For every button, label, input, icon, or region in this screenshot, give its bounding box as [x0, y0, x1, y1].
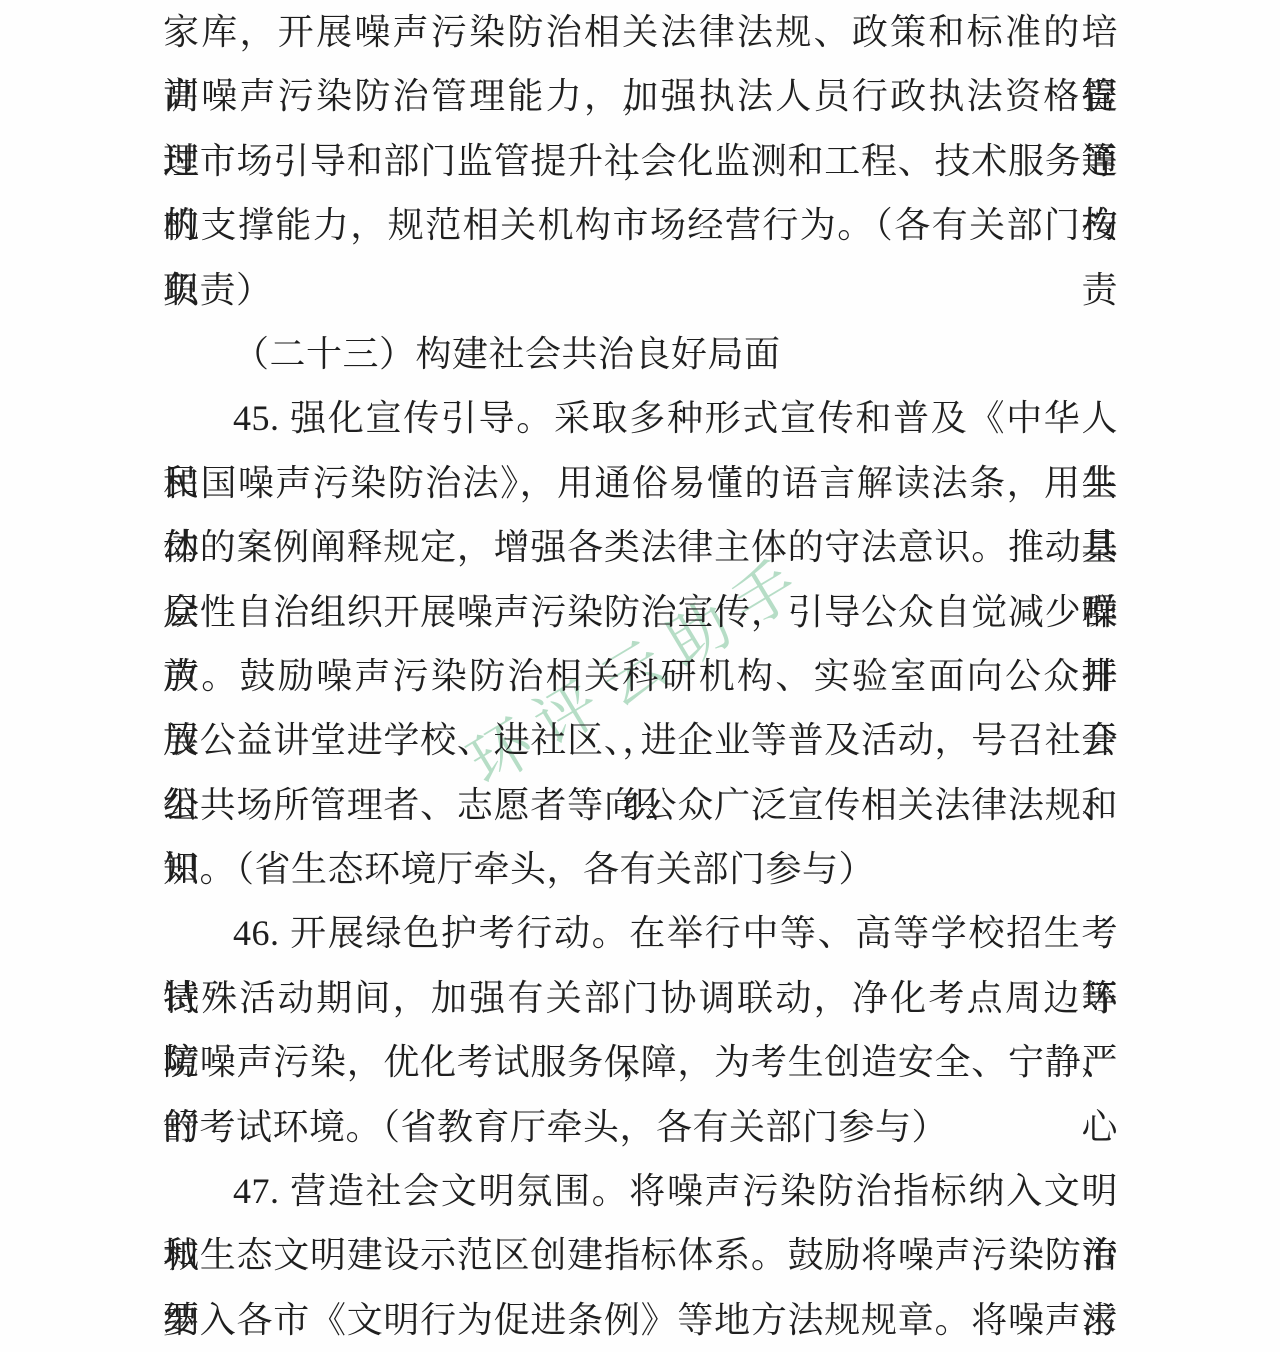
- text-line: 47. 营造社会文明氛围。将噪声污染防治指标纳入文明城市: [163, 1159, 1118, 1223]
- text-line: 放。鼓励噪声污染防治相关科研机构、实验室面向公众开放，开: [163, 644, 1118, 708]
- text-line: 识。（省生态环境厅牵头，各有关部门参与）: [163, 837, 1118, 901]
- document-page: 环评云助手 家库，开展噪声污染防治相关法律法规、政策和标准的培训，提高噪声污染防…: [0, 0, 1280, 1352]
- text-line: 特殊活动期间，加强有关部门协调联动，净化考点周边环境，严: [163, 966, 1118, 1030]
- text-line: 家库，开展噪声污染防治相关法律法规、政策和标准的培训，提: [163, 0, 1118, 64]
- text-line: 45. 强化宣传引导。采取多种形式宣传和普及《中华人民共: [163, 386, 1118, 450]
- text-line: 防噪声污染，优化考试服务保障，为考生创造安全、宁静、舒心: [163, 1030, 1118, 1094]
- text-line: 过市场引导和部门监管提升社会化监测和工程、技术服务等机构: [163, 129, 1118, 193]
- text-line: 46. 开展绿色护考行动。在举行中等、高等学校招生考试等: [163, 901, 1118, 965]
- text-line: 和国噪声污染防治法》，用通俗易懂的语言解读法条，用生动具: [163, 451, 1118, 515]
- text-line: 高噪声污染防治管理能力，加强执法人员行政执法资格管理，通: [163, 64, 1118, 128]
- text-line: 体的案例阐释规定，增强各类法律主体的守法意识。推动基层群: [163, 515, 1118, 579]
- text-line: 和生态文明建设示范区创建指标体系。鼓励将噪声污染防治要求: [163, 1223, 1118, 1287]
- text-line: 的支撑能力，规范相关机构市场经营行为。（各有关部门按职责: [163, 193, 1118, 257]
- text-line: 纳入各市《文明行为促进条例》等地方法规规章。将噪声污染防: [163, 1288, 1118, 1352]
- text-line: 公共场所管理者、志愿者等向公众广泛宣传相关法律法规和知: [163, 773, 1118, 837]
- text-line: 众性自治组织开展噪声污染防治宣传，引导公众自觉减少噪声排: [163, 580, 1118, 644]
- text-line: 展公益讲堂进学校、进社区、进企业等普及活动，号召社会组织、: [163, 708, 1118, 772]
- document-text-block: 家库，开展噪声污染防治相关法律法规、政策和标准的培训，提高噪声污染防治管理能力，…: [163, 0, 1118, 1352]
- section-heading: （二十三）构建社会共治良好局面: [163, 322, 1118, 386]
